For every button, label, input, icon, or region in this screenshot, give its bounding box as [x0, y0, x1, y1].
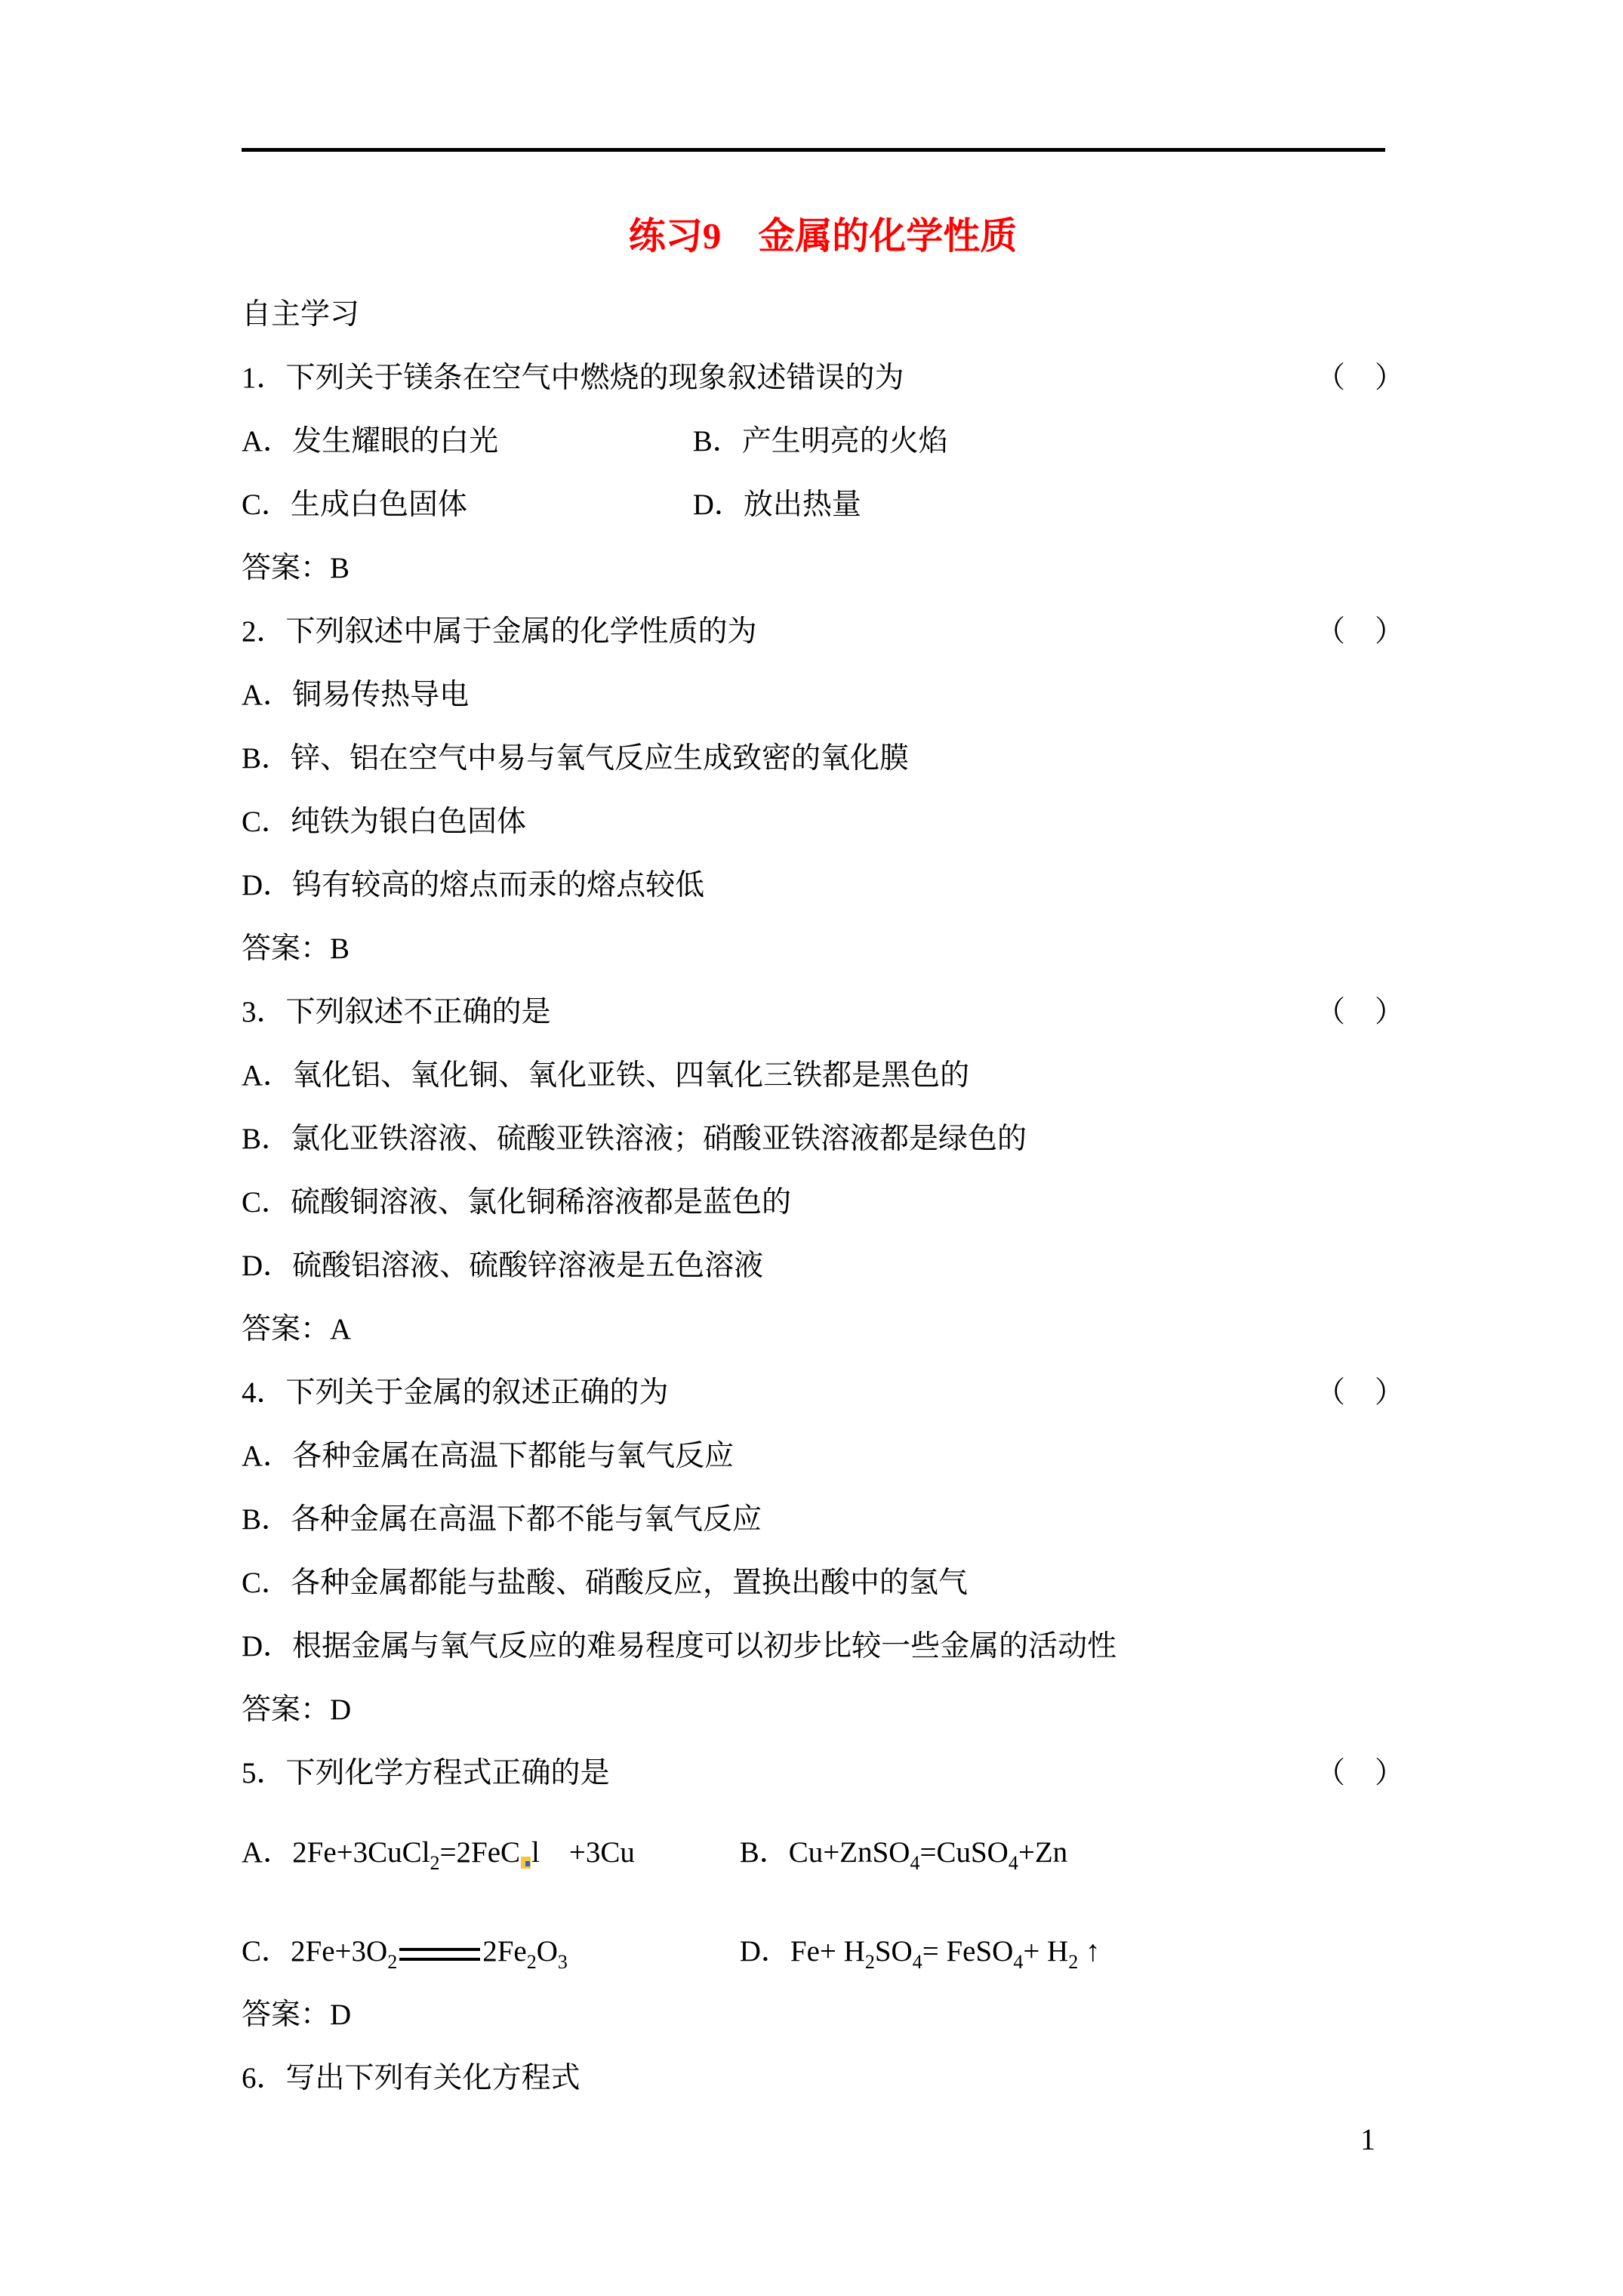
- option-c: C．各种金属都能与盐酸、硝酸反应，置换出酸中的氢气: [242, 1552, 1404, 1615]
- section-header: 自主学习: [242, 283, 1404, 347]
- option-a: A．氧化铝、氧化铜、氧化亚铁、四氧化三铁都是黑色的: [242, 1044, 1404, 1108]
- question-5-equation-row: C．2Fe+3O22Fe2O3 D．Fe+ H2SO4= FeSO4+ H2 ↑: [242, 1920, 1404, 1983]
- subscript: 2: [1068, 1952, 1078, 1972]
- subscript: 4: [1013, 1952, 1023, 1972]
- option-b: B．锌、铝在空气中易与氧气反应生成致密的氧化膜: [242, 727, 1404, 791]
- question-2-stem: 2．下列叙述中属于金属的化学性质的为 （ ）: [242, 600, 1404, 664]
- chemical-equation: Fe+ H2SO4= FeSO4+ H2 ↑: [790, 1935, 1101, 1968]
- option-c: C．硫酸铜溶液、氯化铜稀溶液都是蓝色的: [242, 1171, 1404, 1234]
- page-number: 1: [1360, 2123, 1375, 2156]
- option-label: C．: [242, 1935, 291, 1968]
- question-2-answer: 答案：B: [242, 917, 1404, 981]
- option-b: B．各种金属在高温下都不能与氧气反应: [242, 1488, 1404, 1552]
- question-5-answer: 答案：D: [242, 1983, 1404, 2047]
- chemical-equation: 2Fe+3CuCl2=2FeCl +3Cu: [292, 1836, 635, 1869]
- question-text: 4．下列关于金属的叙述正确的为: [242, 1361, 669, 1425]
- question-text: 2．下列叙述中属于金属的化学性质的为: [242, 600, 757, 664]
- equation-option-c: C．2Fe+3O22Fe2O3: [242, 1920, 732, 1983]
- option-c: C．生成白色固体: [242, 473, 685, 537]
- option-d: D．硫酸铝溶液、硫酸锌溶液是五色溶液: [242, 1234, 1404, 1298]
- subscript: 2: [430, 1854, 440, 1873]
- option-d: D．钨有较高的熔点而汞的熔点较低: [242, 854, 1404, 917]
- answer-bracket: （ ）: [1316, 600, 1404, 664]
- missing-char-placeholder: [521, 1857, 531, 1869]
- question-5-equation-row: A．2Fe+3CuCl2=2FeCl +3Cu B．Cu+ZnSO4=CuSO4…: [242, 1821, 1404, 1885]
- subscript: 2: [865, 1952, 875, 1972]
- question-1-stem: 1．下列关于镁条在空气中燃烧的现象叙述错误的为 （ ）: [242, 347, 1404, 410]
- question-4-stem: 4．下列关于金属的叙述正确的为 （ ）: [242, 1361, 1404, 1425]
- question-4-answer: 答案：D: [242, 1678, 1404, 1742]
- worksheet-body: 自主学习 1．下列关于镁条在空气中燃烧的现象叙述错误的为 （ ） A．发生耀眼的…: [242, 283, 1404, 2110]
- option-b: B．氯化亚铁溶液、硫酸亚铁溶液；硝酸亚铁溶液都是绿色的: [242, 1108, 1404, 1171]
- option-d: D．根据金属与氧气反应的难易程度可以初步比较一些金属的活动性: [242, 1615, 1404, 1678]
- option-label: B．: [740, 1836, 789, 1869]
- question-text: 1．下列关于镁条在空气中燃烧的现象叙述错误的为: [242, 347, 904, 410]
- worksheet-page: 练习9 金属的化学性质 自主学习 1．下列关于镁条在空气中燃烧的现象叙述错误的为…: [0, 0, 1623, 2296]
- question-5-stem: 5．下列化学方程式正确的是 （ ）: [242, 1742, 1404, 1805]
- chemical-equation: Cu+ZnSO4=CuSO4+Zn: [789, 1836, 1067, 1869]
- option-c: C．纯铁为银白色固体: [242, 791, 1404, 854]
- chemical-equation: 2Fe+3O22Fe2O3: [291, 1935, 568, 1968]
- question-text: 5．下列化学方程式正确的是: [242, 1742, 610, 1805]
- equation-option-b: B．Cu+ZnSO4=CuSO4+Zn: [740, 1836, 1067, 1869]
- question-3-stem: 3．下列叙述不正确的是 （ ）: [242, 981, 1404, 1044]
- equation-option-a: A．2Fe+3CuCl2=2FeCl +3Cu: [242, 1821, 732, 1885]
- subscript: 4: [1009, 1854, 1018, 1873]
- subscript: 4: [913, 1952, 922, 1972]
- question-6-stem: 6．写出下列有关化方程式: [242, 2047, 1404, 2110]
- answer-bracket: （ ）: [1316, 1361, 1404, 1425]
- answer-bracket: （ ）: [1316, 1742, 1404, 1805]
- question-1-answer: 答案：B: [242, 537, 1404, 600]
- subscript: 2: [527, 1952, 537, 1972]
- option-a: A．铜易传热导电: [242, 664, 1404, 727]
- option-b: B．产生明亮的火焰: [693, 425, 948, 458]
- question-1-options-row: A．发生耀眼的白光 B．产生明亮的火焰: [242, 410, 1404, 473]
- question-3-answer: 答案：A: [242, 1298, 1404, 1361]
- question-1-options-row: C．生成白色固体 D．放出热量: [242, 473, 1404, 537]
- equation-option-d: D．Fe+ H2SO4= FeSO4+ H2 ↑: [740, 1935, 1101, 1968]
- subscript: 4: [910, 1854, 919, 1873]
- subscript: 2: [387, 1952, 397, 1972]
- header-divider-line: [242, 148, 1385, 152]
- option-label: A．: [242, 1836, 292, 1869]
- page-title: 练习9 金属的化学性质: [242, 216, 1404, 257]
- option-label: D．: [740, 1935, 790, 1968]
- answer-bracket: （ ）: [1316, 347, 1404, 410]
- double-line-equals: [399, 1948, 480, 1961]
- option-a: A．发生耀眼的白光: [242, 410, 685, 473]
- subscript: 3: [558, 1952, 568, 1972]
- answer-bracket: （ ）: [1316, 981, 1404, 1044]
- question-text: 3．下列叙述不正确的是: [242, 981, 551, 1044]
- option-d: D．放出热量: [693, 488, 861, 521]
- option-a: A．各种金属在高温下都能与氧气反应: [242, 1425, 1404, 1488]
